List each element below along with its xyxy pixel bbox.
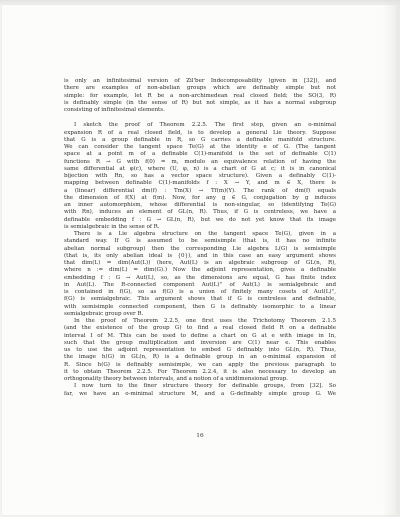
text-line: the image h(G) in GL(n, R) is a definabl…	[64, 354, 336, 361]
text-line: space at a point m of a definable C(1)-m…	[64, 151, 336, 158]
text-line: f(G) is semialgebraic. This argument sho…	[64, 296, 336, 303]
paragraph-1: is only an infinitesimal version of Zil'…	[64, 78, 336, 114]
paragraph-2: I sketch the proof of Theorem 2.2.5. The…	[64, 122, 336, 231]
text-line: that dim(L) = dim(Aut(L)) (here, Aut(L) …	[64, 260, 336, 267]
text-line: there are examples of non-abelian groups…	[64, 85, 336, 92]
page-number: 16	[192, 433, 208, 439]
text-line: functions R → G with f(0) = m, modulo an…	[64, 159, 336, 166]
text-line: where n := dim(L) = dim(G).) Now the adj…	[64, 267, 336, 274]
text-line: an inner automorphism, whose differentia…	[64, 202, 336, 209]
text-line: (that is, its only abelian ideal is {0})…	[64, 253, 336, 260]
text-line: in Aut(L). The R-connected component Aut…	[64, 282, 336, 289]
text-line: that G is a group definable in R, so G c…	[64, 137, 336, 144]
text-line: with semisimple connected component, the…	[64, 304, 336, 311]
text-line: such that the group multiplication and i…	[64, 340, 336, 347]
text-line: is contained in f(G), so as f(G) is a un…	[64, 289, 336, 296]
text-line: us to use the adjoint representation to …	[64, 347, 336, 354]
text-line: consisting of infinitesimal elements.	[64, 107, 336, 114]
text-line: same differential at φ(c), where (U, φ, …	[64, 166, 336, 173]
text-line: We can consider the tangent space Te(G) …	[64, 144, 336, 151]
text-line: simple: for example, let R be a non-arch…	[64, 93, 336, 100]
paragraph-3: There is a Lie algebra structure on the …	[64, 231, 336, 318]
text-line: I sketch the proof of Theorem 2.2.5. The…	[64, 122, 336, 129]
body-text: is only an infinitesimal version of Zil'…	[64, 78, 336, 398]
scan-right-shadow	[382, 0, 400, 517]
text-line: embedding f : G → Aut(L), so, as the dim…	[64, 275, 336, 282]
text-line: interval I of M. This can be used to def…	[64, 333, 336, 340]
text-line: bijection with Rn, so has a vector space…	[64, 173, 336, 180]
text-line: expansion R of a real closed field, is t…	[64, 130, 336, 137]
text-line: In the proof of Theorem 2.2.5, one first…	[64, 318, 336, 325]
text-line: far, we have an o-minimal structure M, a…	[64, 391, 336, 398]
paragraph-5: I now turn to the finer structure theory…	[64, 383, 336, 398]
text-line: is semialgebraic in the sense of R.	[64, 224, 336, 231]
text-line: I now turn to the finer structure theory…	[64, 383, 336, 390]
text-line: it to obtain Theorem 2.2.5. For Theorem …	[64, 369, 336, 376]
text-line: a (linear) differential dm(f) : Tm(X) → …	[64, 188, 336, 195]
text-line: R. Since h(G) is definably semisimple, w…	[64, 362, 336, 369]
text-line: is only an infinitesimal version of Zil'…	[64, 78, 336, 85]
text-line: (and the existence of the group G) to fi…	[64, 325, 336, 332]
text-line: with Rn), induces an element of GL(n, R)…	[64, 209, 336, 216]
text-line: abelian normal subgroup) then the corres…	[64, 246, 336, 253]
text-line: mapping between definable C(1)-manifolds…	[64, 180, 336, 187]
text-line: definable embedding f : G → GL(n, R), bu…	[64, 217, 336, 224]
text-line: standard way. If G is assumed to be semi…	[64, 238, 336, 245]
paragraph-4: In the proof of Theorem 2.2.5, one first…	[64, 318, 336, 383]
text-line: orthogonality theory between intervals, …	[64, 376, 336, 383]
text-line: semialgebraic group over R.	[64, 311, 336, 318]
text-line: There is a Lie algebra structure on the …	[64, 231, 336, 238]
text-line: the dimension of f(X) at f(m). Now, for …	[64, 195, 336, 202]
text-line: is definably simple (in the sense of R) …	[64, 100, 336, 107]
